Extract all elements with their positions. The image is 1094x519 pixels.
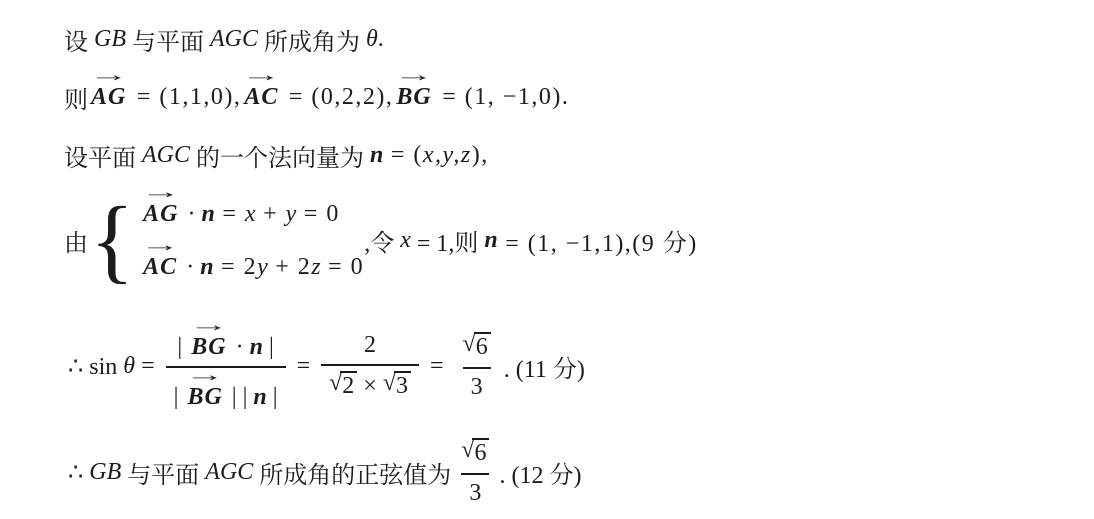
- sqrt-6: √6: [463, 332, 491, 362]
- sqrt-3: √3: [383, 371, 411, 401]
- equation-system: →AG · n = x + y = 0 →AC · n = 2y + 2z = …: [140, 201, 364, 281]
- fraction-denominator: 3: [461, 473, 489, 509]
- text-cn: 所成角的正弦值为: [253, 455, 451, 490]
- math-var-AGC: AGC: [210, 26, 258, 53]
- text-cn: 设: [64, 22, 94, 57]
- vector-arrow-icon: →: [226, 70, 297, 82]
- vector-AG: →AG: [143, 201, 178, 228]
- math-var-theta: θ: [366, 26, 378, 53]
- equation-text: ),: [472, 142, 489, 169]
- fraction-denominator: | →BG | | n |: [166, 366, 286, 413]
- abs-bar: |: [263, 334, 274, 361]
- text-cn: 与平面: [121, 455, 205, 490]
- normal-vector-n: n: [370, 142, 383, 169]
- equation-text: = 0: [321, 254, 365, 281]
- normal-vector-n: n: [484, 227, 497, 254]
- vector-AG: →AG: [91, 84, 126, 111]
- vector-BG: →BG: [187, 384, 222, 411]
- fraction-numerator: 2: [356, 330, 384, 364]
- math-var-GB: GB: [89, 459, 121, 486]
- text-cn: ,令: [364, 223, 400, 258]
- fraction-sqrt6-over-3: √6 3: [455, 330, 499, 403]
- vector-arrow-icon: →: [72, 70, 146, 82]
- abs-bar: | |: [226, 384, 254, 411]
- vector-BG: →BG: [191, 334, 226, 361]
- vector-arrow-icon: →: [172, 320, 246, 332]
- line-5: ∴ sin θ = | →BG · n | | →BG | | n | = 2 …: [68, 320, 585, 413]
- line-6: ∴ GB 与平面 AGC 所成角的正弦值为 √6 3 . (12 分): [68, 436, 581, 509]
- text-cn: 与平面: [126, 22, 210, 57]
- normal-vector-n: n: [250, 334, 263, 361]
- text-cn: 设平面: [64, 138, 142, 173]
- equation-text: = (0,2,2),: [281, 84, 393, 111]
- dot-operator: ·: [182, 201, 202, 228]
- text-cn: .: [378, 26, 384, 53]
- fraction-numerator: √6: [455, 330, 499, 367]
- line-1: 设 GB 与平面 AGC 所成角为 θ.: [64, 22, 384, 57]
- vector-arrow-icon: →: [377, 70, 451, 82]
- math-var-z: z: [311, 254, 320, 281]
- math-var-x: x: [245, 201, 256, 228]
- equation-text: = (1, −1,1),(9 分): [498, 223, 698, 258]
- fraction-sqrt6-over-3: √6 3: [453, 436, 497, 509]
- vector-arrow-icon: →: [168, 370, 242, 382]
- normal-vector-n: n: [200, 254, 213, 281]
- math-var-AGC: AGC: [205, 459, 253, 486]
- text-cn: 的一个法向量为: [190, 138, 370, 173]
- vector-BG: →BG: [396, 84, 431, 111]
- times-operator: ×: [357, 373, 383, 400]
- vector-arrow-icon: →: [124, 240, 195, 252]
- line-4: 由 { →AG · n = x + y = 0 →AC · n = 2y + 2…: [64, 197, 698, 284]
- math-var-y: y: [286, 201, 297, 228]
- score-note: . (12 分): [499, 455, 581, 490]
- math-var-x: x: [400, 227, 411, 254]
- math-var-AGC: AGC: [142, 142, 190, 169]
- fraction-denominator: √2 × √3: [321, 364, 419, 403]
- dot-operator: ·: [230, 334, 250, 361]
- vector-AC: →AC: [244, 84, 278, 111]
- vector-AC: →AC: [143, 254, 177, 281]
- equation-text: = 2: [214, 254, 258, 281]
- system-eq-2: →AC · n = 2y + 2z = 0: [140, 254, 364, 281]
- system-eq-1: →AG · n = x + y = 0: [140, 201, 364, 228]
- math-var-y: y: [257, 254, 268, 281]
- text-cn: 所成角为: [258, 22, 366, 57]
- math-var-theta: θ: [123, 353, 135, 380]
- equation-text: = (: [383, 142, 423, 169]
- equals-sign: =: [135, 353, 161, 380]
- normal-vector-n: n: [253, 384, 266, 411]
- text-cn: = 1,则: [411, 223, 485, 258]
- text-cn: 由: [64, 223, 88, 258]
- vector-arrow-icon: →: [124, 187, 198, 199]
- equation-text: = 0: [296, 201, 340, 228]
- fraction-2-over-sqrt2-sqrt3: 2 √2 × √3: [321, 330, 419, 403]
- therefore-sin: ∴ sin: [68, 352, 123, 381]
- dot-operator: ·: [180, 254, 200, 281]
- math-vars-xyz: x,y,z: [423, 142, 472, 169]
- equation-text: +: [256, 201, 286, 228]
- equation-text: =: [215, 201, 245, 228]
- fraction-numerator: | →BG · n |: [169, 320, 281, 366]
- fraction-BG-dot-n: | →BG · n | | →BG | | n |: [166, 320, 286, 413]
- sqrt-2: √2: [329, 371, 357, 401]
- abs-bar: |: [177, 334, 188, 361]
- equation-text: + 2: [268, 254, 312, 281]
- fraction-numerator: √6: [453, 436, 497, 473]
- abs-bar: |: [267, 384, 278, 411]
- math-var-GB: GB: [94, 26, 126, 53]
- therefore-sign: ∴: [68, 458, 89, 487]
- equation-text: = (1,1,0),: [129, 84, 241, 111]
- line-2: 则 →AG = (1,1,0), →AC = (0,2,2), →BG = (1…: [64, 80, 569, 115]
- score-note: . (11 分): [504, 349, 585, 384]
- equals-sign: =: [424, 353, 450, 380]
- text-cn: 则: [64, 80, 88, 115]
- abs-bar: |: [174, 384, 185, 411]
- equals-sign: =: [291, 353, 317, 380]
- fraction-denominator: 3: [463, 367, 491, 403]
- equation-text: = (1, −1,0).: [435, 84, 570, 111]
- line-3: 设平面 AGC 的一个法向量为 n = (x,y,z),: [64, 138, 489, 173]
- normal-vector-n: n: [202, 201, 215, 228]
- sqrt-6: √6: [461, 438, 489, 468]
